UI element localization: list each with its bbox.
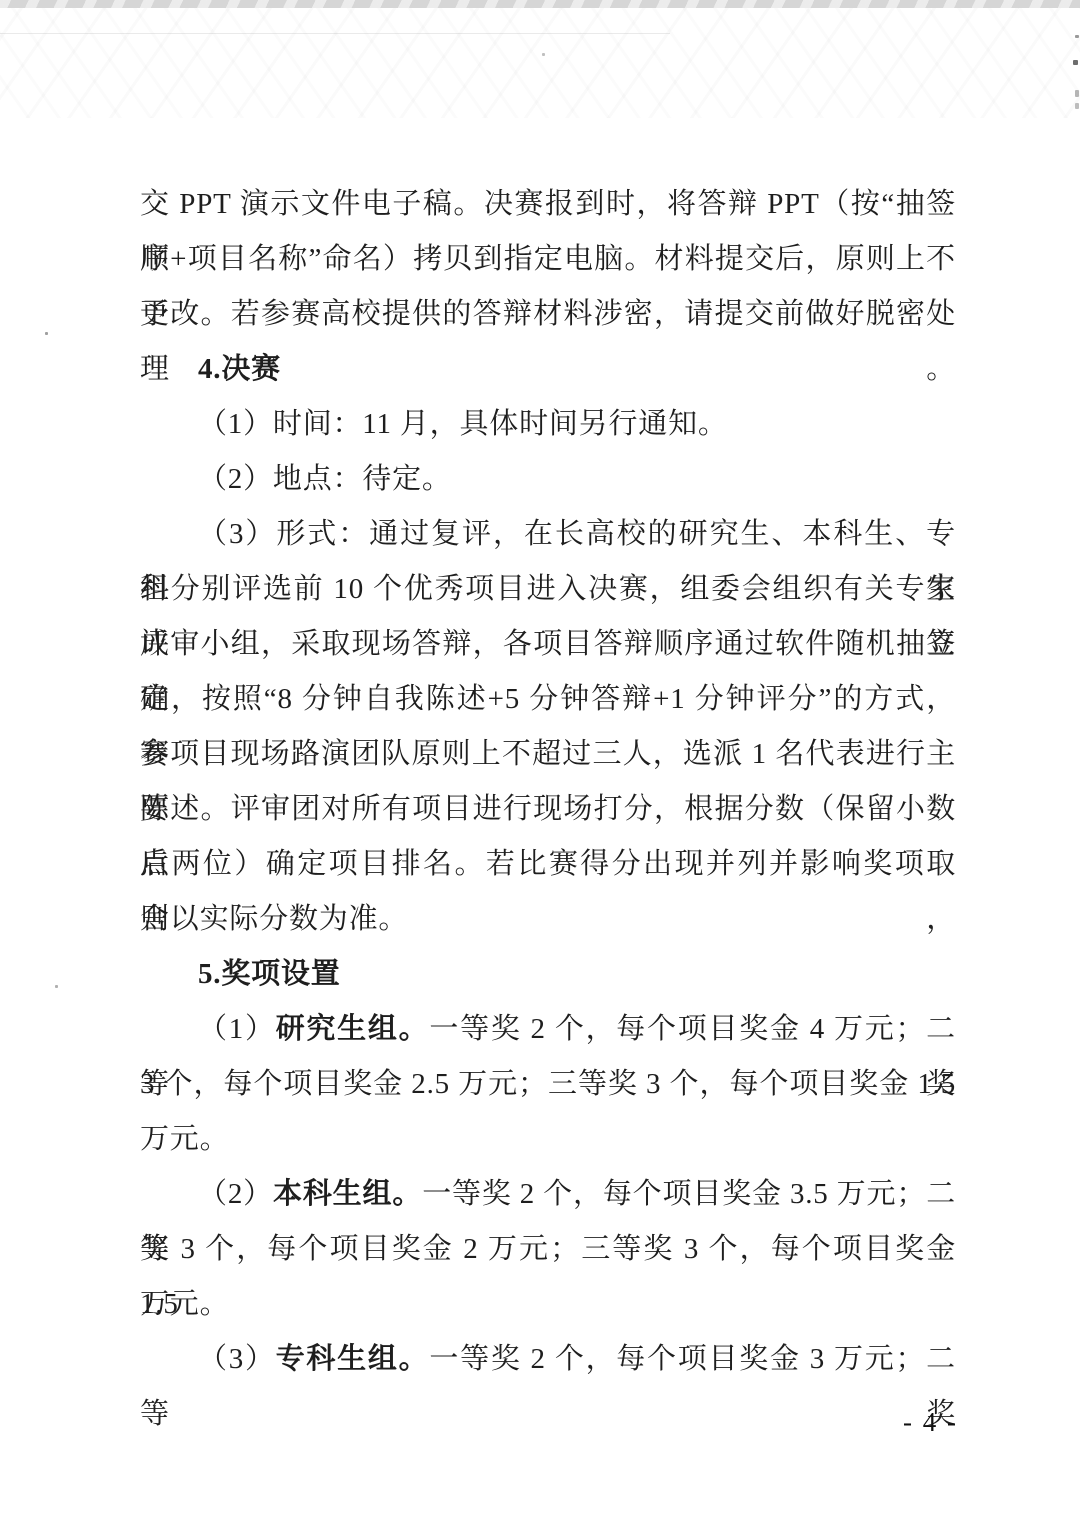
scan-speck <box>45 332 48 335</box>
paragraph-line: 万元。 <box>140 1112 956 1167</box>
paragraph-line: 交 PPT 演示文件电子稿。决赛报到时，将答辩 PPT（按“抽签顺 <box>140 177 956 232</box>
heading-text: 5.奖项设置 <box>198 958 341 990</box>
paragraph-line: （2）本科生组。一等奖 2 个，每个项目奖金 3.5 万元；二等 <box>140 1167 956 1222</box>
scan-hairline <box>0 33 670 34</box>
text-run: （2）地点：待定。 <box>198 463 452 495</box>
paragraph-line: 万元。 <box>140 1277 956 1332</box>
paragraph-line: 组分别评选前 10 个优秀项目进入决赛，组委会组织有关专家成立 <box>140 562 956 617</box>
scan-texture-overlay <box>0 8 1080 118</box>
heading-text: 4.决赛 <box>198 353 281 385</box>
text-run: （3） <box>198 1343 276 1375</box>
paragraph-line: （3）专科生组。一等奖 2 个，每个项目奖金 3 万元；二等奖 <box>140 1332 956 1387</box>
text-run: 万元。 <box>140 1123 229 1155</box>
text-run: （2） <box>198 1178 273 1210</box>
paragraph-line: 3 个，每个项目奖金 2.5 万元；三等奖 3 个，每个项目奖金 1.5 <box>140 1057 956 1112</box>
scan-speck <box>55 985 58 988</box>
paragraph-line: 更改。若参赛高校提供的答辩材料涉密，请提交前做好脱密处理。 <box>140 287 956 342</box>
group-name-vocational: 专科生组。 <box>276 1343 430 1375</box>
document-page: 交 PPT 演示文件电子稿。决赛报到时，将答辩 PPT（按“抽签顺 序+项目名称… <box>0 0 1080 1530</box>
paragraph-line: （1）时间：11 月，具体时间另行通知。 <box>140 397 956 452</box>
scan-edge-strip <box>0 0 1080 8</box>
text-run: （1）时间：11 月，具体时间另行通知。 <box>198 408 728 440</box>
text-run: 3 个，每个项目奖金 2.5 万元；三等奖 3 个，每个项目奖金 1.5 <box>140 1068 956 1100</box>
section-heading-awards: 5.奖项设置 <box>140 947 956 1002</box>
paragraph-line: 序+项目名称”命名）拷贝到指定电脑。材料提交后，原则上不予 <box>140 232 956 287</box>
paragraph-line: 评审小组，采取现场答辩，各项目答辩顺序通过软件随机抽签确 <box>140 617 956 672</box>
scan-speck <box>1075 35 1079 38</box>
text-run: 万元。 <box>140 1288 229 1320</box>
scan-speck <box>1073 60 1078 65</box>
group-name-undergraduate: 本科生组。 <box>273 1178 422 1210</box>
paragraph-line: 后两位）确定项目排名。若比赛得分出现并列并影响奖项取舍， <box>140 837 956 892</box>
scan-speck <box>1075 103 1079 109</box>
paragraph-line: （3）形式：通过复评，在长高校的研究生、本科生、专科生 <box>140 507 956 562</box>
paragraph-line: 陈述。评审团对所有项目进行现场打分，根据分数（保留小数点 <box>140 782 956 837</box>
group-name-graduate: 研究生组。 <box>276 1013 430 1045</box>
paragraph-line: 定，按照“8 分钟自我陈述+5 分钟答辩+1 分钟评分”的方式，参 <box>140 672 956 727</box>
scan-speck <box>542 53 545 56</box>
page-number: - 4 - <box>903 1407 958 1438</box>
document-body: 交 PPT 演示文件电子稿。决赛报到时，将答辩 PPT（按“抽签顺 序+项目名称… <box>140 177 956 1387</box>
text-run: （1） <box>198 1013 276 1045</box>
paragraph-line: 赛项目现场路演团队原则上不超过三人，选派 1 名代表进行主要 <box>140 727 956 782</box>
paragraph-line: （1）研究生组。一等奖 2 个，每个项目奖金 4 万元；二等奖 <box>140 1002 956 1057</box>
text-run: 则以实际分数为准。 <box>140 903 408 935</box>
paragraph-line: 奖 3 个，每个项目奖金 2 万元；三等奖 3 个，每个项目奖金 1.5 <box>140 1222 956 1277</box>
paragraph-line: （2）地点：待定。 <box>140 452 956 507</box>
scan-speck <box>1075 90 1079 97</box>
